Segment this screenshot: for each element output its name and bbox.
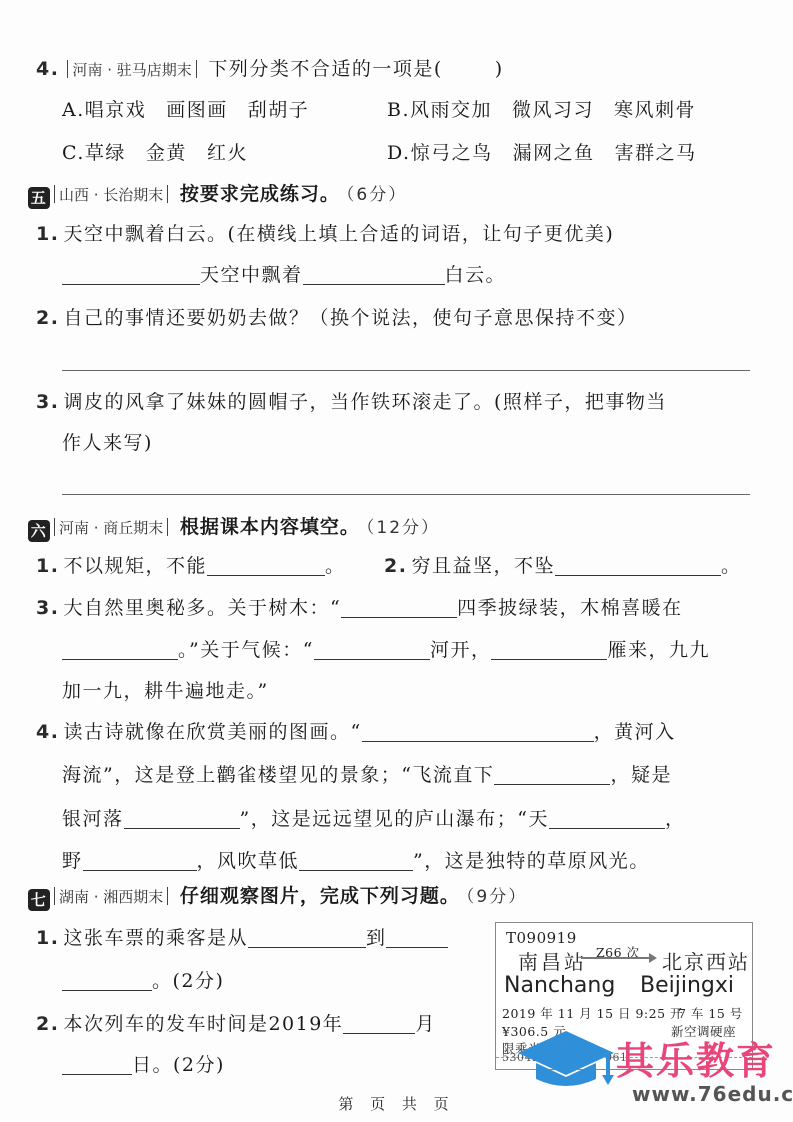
answer-blank[interactable] (62, 639, 178, 660)
q4-source: 河南 · 驻马店期末 (72, 61, 191, 79)
answer-blank[interactable] (207, 555, 325, 576)
option-item: 草绿 (85, 142, 126, 164)
option-item: 害群之马 (615, 142, 697, 164)
q-text: 调皮的风拿了妹妹的圆帽子，当作铁环滚走了。(照样子，把事物当 (63, 391, 666, 413)
q-text: 穷且益坚，不坠 (411, 555, 555, 577)
ticket-to-en: Beijingxi (640, 973, 734, 998)
s7-q1-line2: 。(2分) (62, 968, 224, 994)
q-number: 4. (36, 721, 59, 743)
ticket-from-cn: 南昌站 (518, 946, 587, 975)
option-item: 漏网之鱼 (513, 142, 595, 164)
answer-blank[interactable] (62, 970, 152, 991)
section6-title: 根据课本内容填空。 (180, 516, 360, 538)
q-text: 。 (721, 555, 742, 577)
section7-points: （9分） (466, 887, 527, 907)
section6-points: （12分） (366, 518, 440, 538)
option-item: 寒风刺骨 (614, 99, 696, 121)
s5-q1-fill: 天空中飘着白云。 (62, 262, 506, 288)
q-text: 。(2分) (152, 970, 224, 992)
section7-title: 仔细观察图片，完成下列习题。 (180, 885, 460, 907)
section-badge: 六 (28, 520, 50, 542)
s5-q2: 2.自己的事情还要奶奶去做？（换个说法，使句子意思保持不变） (36, 305, 637, 331)
option-label: D. (387, 142, 411, 164)
s6-q1: 1.不以规矩，不能。 (36, 553, 345, 579)
q-text: 野 (62, 850, 83, 872)
q-text: 河开， (430, 639, 492, 661)
section7-header: 七湖南 · 湘西期末 仔细观察图片，完成下列习题。（9分） (28, 883, 527, 911)
q4-prompt: 下列分类不合适的一项是( (208, 58, 442, 80)
q-text: ，风吹草低 (197, 850, 300, 872)
q4-option-a: A.唱京戏画图画刮胡子 (62, 97, 309, 123)
q-text: 天空中飘着白云。(在横线上填上合适的词语，让句子更优美) (63, 223, 614, 245)
q-text: 不以规矩，不能 (63, 555, 207, 577)
q-text: ”，这是远远望见的庐山瀑布；“天 (240, 808, 549, 830)
source-divider (196, 60, 197, 78)
s7-q2: 2.本次列车的发车时间是2019年月 (36, 1011, 436, 1037)
watermark-brand: 其乐教育 (616, 1030, 776, 1085)
ticket-to-cn: 北京西站 (662, 946, 750, 975)
q-text: ， (665, 808, 686, 830)
q-number: 2. (36, 307, 59, 329)
s6-q4-line3: 银河落”，这是远远望见的庐山瀑布；“天， (62, 806, 685, 832)
q-number: 2. (384, 555, 407, 577)
option-label: B. (387, 99, 410, 121)
answer-line[interactable] (62, 370, 750, 371)
section5-source: 山西 · 长治期末 (59, 186, 163, 204)
answer-blank[interactable] (303, 264, 445, 285)
answer-blank[interactable] (299, 850, 413, 871)
q-text: 读古诗就像在欣赏美丽的图画。“ (63, 721, 361, 743)
section7-source: 湖南 · 湘西期末 (59, 888, 163, 906)
q4-option-b: B.风雨交加微风习习寒风刺骨 (387, 97, 696, 123)
option-item: 画图画 (166, 99, 228, 121)
s6-q4-line2: 海流”，这是登上鹳雀楼望见的景象；“飞流直下，疑是 (62, 762, 672, 788)
answer-blank[interactable] (491, 639, 607, 660)
s6-q3-line2: 。”关于气候：“河开，雁来，九九 (62, 637, 710, 663)
section-badge: 七 (28, 889, 50, 911)
option-item: 唱京戏 (85, 99, 147, 121)
section5-header: 五山西 · 长治期末 按要求完成练习。（6分） (28, 181, 407, 209)
option-item: 红火 (207, 142, 248, 164)
answer-blank[interactable] (549, 808, 665, 829)
option-item: 刮胡子 (248, 99, 310, 121)
ticket-datetime: 2019 年 11 月 15 日 9:25 开 (502, 1004, 683, 1022)
section5-title: 按要求完成练习。 (180, 183, 340, 205)
q-text: 自己的事情还要奶奶去做？（换个说法，使句子意思保持不变） (63, 307, 637, 329)
s6-q4-line4: 野，风吹草低”，这是独特的草原风光。 (62, 848, 650, 874)
q-text: 月 (415, 1013, 436, 1035)
source-divider (67, 60, 68, 78)
q4-option-d: D.惊弓之鸟漏网之鱼害群之马 (387, 140, 697, 166)
option-label: A. (62, 99, 85, 121)
answer-blank[interactable] (555, 555, 721, 576)
q-text: 加一九，耕牛遍地走。” (62, 680, 269, 702)
option-label: C. (62, 142, 85, 164)
q-number: 1. (36, 223, 59, 245)
q-text: 四季披绿装，木棉喜暖在 (457, 597, 683, 619)
answer-blank[interactable] (386, 927, 448, 948)
s6-q4-line1: 4.读古诗就像在欣赏美丽的图画。“，黄河入 (36, 719, 676, 745)
s5-q1: 1.天空中飘着白云。(在横线上填上合适的词语，让句子更优美) (36, 221, 614, 247)
q-text: ，疑是 (610, 764, 672, 786)
q-text: 大自然里奥秘多。关于树木：“ (63, 597, 341, 619)
s5-q3: 3.调皮的风拿了妹妹的圆帽子，当作铁环滚走了。(照样子，把事物当 (36, 389, 667, 415)
answer-blank[interactable] (62, 264, 200, 285)
q-text: 。 (325, 555, 346, 577)
q-number: 2. (36, 1013, 59, 1035)
q-text: 到 (366, 927, 387, 949)
q-text: 作人来写) (62, 432, 153, 454)
answer-blank[interactable] (124, 808, 240, 829)
answer-blank[interactable] (343, 1013, 415, 1034)
q4-option-c: C.草绿金黄红火 (62, 140, 248, 166)
answer-blank[interactable] (248, 927, 366, 948)
s5-q3-line2: 作人来写) (62, 430, 153, 456)
paren-close: ) (495, 58, 504, 80)
fill-text: 白云。 (445, 264, 507, 286)
graduation-cap-icon (518, 1031, 618, 1091)
q-text: 日。(2分) (132, 1054, 225, 1076)
q-number: 3. (36, 391, 59, 413)
q-number: 1. (36, 927, 59, 949)
section5-points: （6分） (346, 185, 407, 205)
s7-q2-line2: 日。(2分) (62, 1052, 225, 1078)
answer-blank[interactable] (62, 1054, 132, 1075)
q-text: 雁来，九九 (607, 639, 710, 661)
section6-header: 六河南 · 商丘期末 根据课本内容填空。（12分） (28, 514, 440, 542)
q4-header: 4.河南 · 驻马店期末 下列分类不合适的一项是() (36, 56, 504, 83)
s7-q1: 1.这张车票的乘客是从到 (36, 925, 448, 951)
answer-line[interactable] (62, 494, 750, 495)
fill-text: 天空中飘着 (200, 264, 303, 286)
answer-blank[interactable] (362, 721, 594, 742)
option-item: 微风习习 (512, 99, 594, 121)
arrow-right-icon (581, 957, 653, 959)
page-footer: 第 页 共 页 (0, 1093, 793, 1114)
option-item: 金黄 (146, 142, 187, 164)
answer-blank[interactable] (341, 597, 457, 618)
s6-q2: 2.穷且益坚，不坠。 (384, 553, 741, 579)
q-text: 海流”，这是登上鹳雀楼望见的景象；“飞流直下 (62, 764, 494, 786)
q-text: 这张车票的乘客是从 (63, 927, 248, 949)
section6-source: 河南 · 商丘期末 (59, 519, 163, 537)
answer-blank[interactable] (83, 850, 197, 871)
section-badge: 五 (28, 187, 50, 209)
option-item: 风雨交加 (410, 99, 492, 121)
ticket-from-en: Nanchang (504, 973, 615, 998)
q4-number: 4. (36, 58, 59, 80)
q-text: 银河落 (62, 808, 124, 830)
q-text: 。”关于气候：“ (178, 639, 314, 661)
answer-blank[interactable] (494, 764, 610, 785)
s6-q3-line1: 3.大自然里奥秘多。关于树木：“四季披绿装，木棉喜暖在 (36, 595, 683, 621)
s6-q3-line3: 加一九，耕牛遍地走。” (62, 678, 269, 704)
q-number: 1. (36, 555, 59, 577)
q-text: ”，这是独特的草原风光。 (413, 850, 650, 872)
ticket-serial: T090919 (506, 929, 577, 947)
option-item: 惊弓之鸟 (411, 142, 493, 164)
q-text: 本次列车的发车时间是2019年 (63, 1013, 343, 1035)
answer-blank[interactable] (314, 639, 430, 660)
q-number: 3. (36, 597, 59, 619)
q-text: ，黄河入 (594, 721, 676, 743)
ticket-seat: 7 车 15 号 (678, 1004, 743, 1022)
